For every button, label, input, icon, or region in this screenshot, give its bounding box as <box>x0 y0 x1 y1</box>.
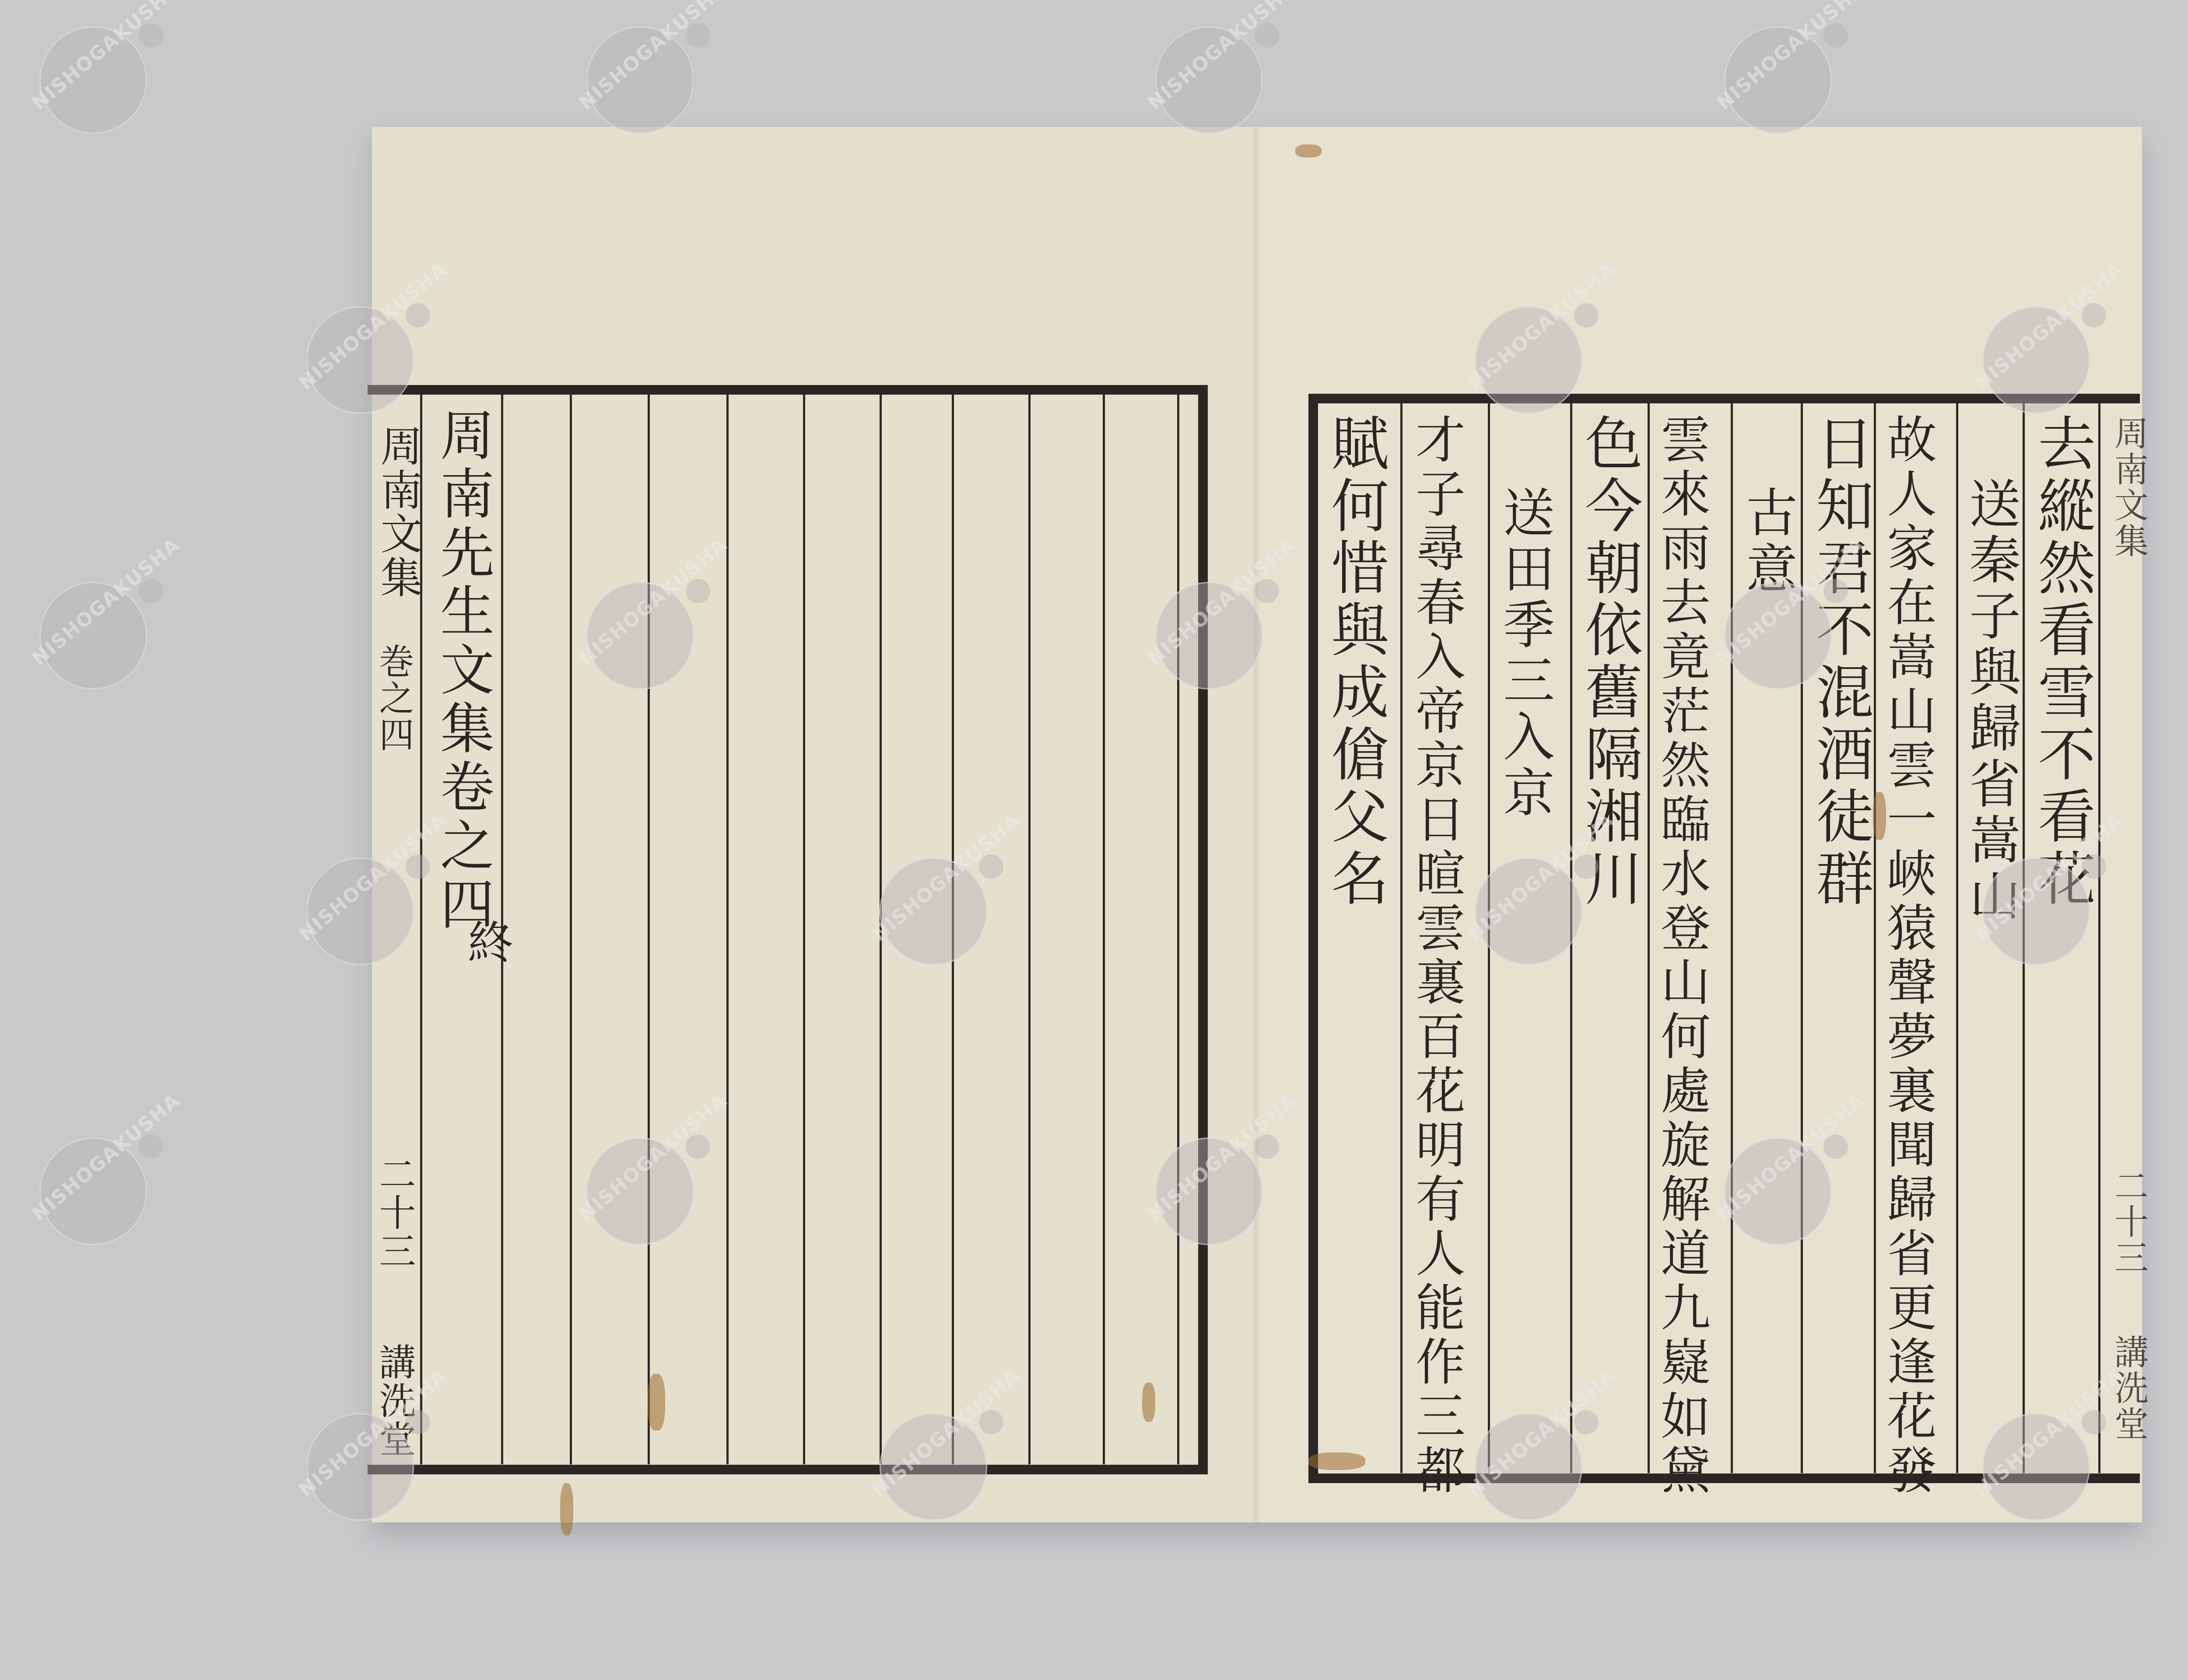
column-rule <box>1648 403 1650 1473</box>
worm-stain <box>1295 144 1322 157</box>
column-rule <box>1731 403 1733 1473</box>
volume-end-title: 周南先生文集卷之四 <box>435 407 490 934</box>
worm-stain <box>1142 1382 1155 1422</box>
column-rule <box>1874 403 1876 1473</box>
worm-stain <box>560 1483 573 1536</box>
right-margin-leaf: 二十三 <box>2104 1168 2153 1276</box>
column-rule <box>648 395 650 1464</box>
worm-stain <box>1308 1452 1365 1470</box>
column-rule <box>570 395 572 1464</box>
column-rule <box>1956 403 1958 1473</box>
text-column-3: 故人家在嵩山雲一峽猿聲夢裏聞歸省更逢花發 <box>1883 413 1932 1498</box>
text-column-10: 賦何惜與成傖父名 <box>1326 413 1384 910</box>
column-rule <box>726 395 729 1464</box>
left-page: 周南文集 巻之四 二十三 講洗堂 周南先生文集卷之四 終 <box>372 127 1256 1522</box>
poem-title-2: 古意 <box>1742 486 1793 598</box>
book-gutter <box>1252 127 1260 1522</box>
column-rule <box>803 395 805 1464</box>
margin-divider <box>2098 403 2100 1473</box>
column-rule <box>1177 395 1179 1464</box>
column-rule <box>1801 403 1803 1473</box>
poem-title-1: 送秦子與歸省嵩山 <box>1965 477 2016 925</box>
text-column-9: 才子尋春入帝京日暄雲裏百花明有人能作三都 <box>1411 413 1461 1498</box>
column-rule <box>1103 395 1105 1464</box>
volume-end-mark: 終 <box>464 919 509 969</box>
right-margin-title: 周南文集 <box>2104 416 2153 559</box>
text-column-6: 雲來雨去竟茫然臨水登山何處旋解道九嶷如黛 <box>1656 413 1706 1498</box>
worm-stain <box>648 1374 665 1431</box>
book-spread: 周南文集 巻之四 二十三 講洗堂 周南先生文集卷之四 終 <box>372 127 2142 1522</box>
column-rule <box>1028 395 1031 1464</box>
column-rule <box>1400 403 1403 1473</box>
worm-stain <box>1873 792 1886 840</box>
poem-title-3: 送田季三入京 <box>1499 486 1550 822</box>
